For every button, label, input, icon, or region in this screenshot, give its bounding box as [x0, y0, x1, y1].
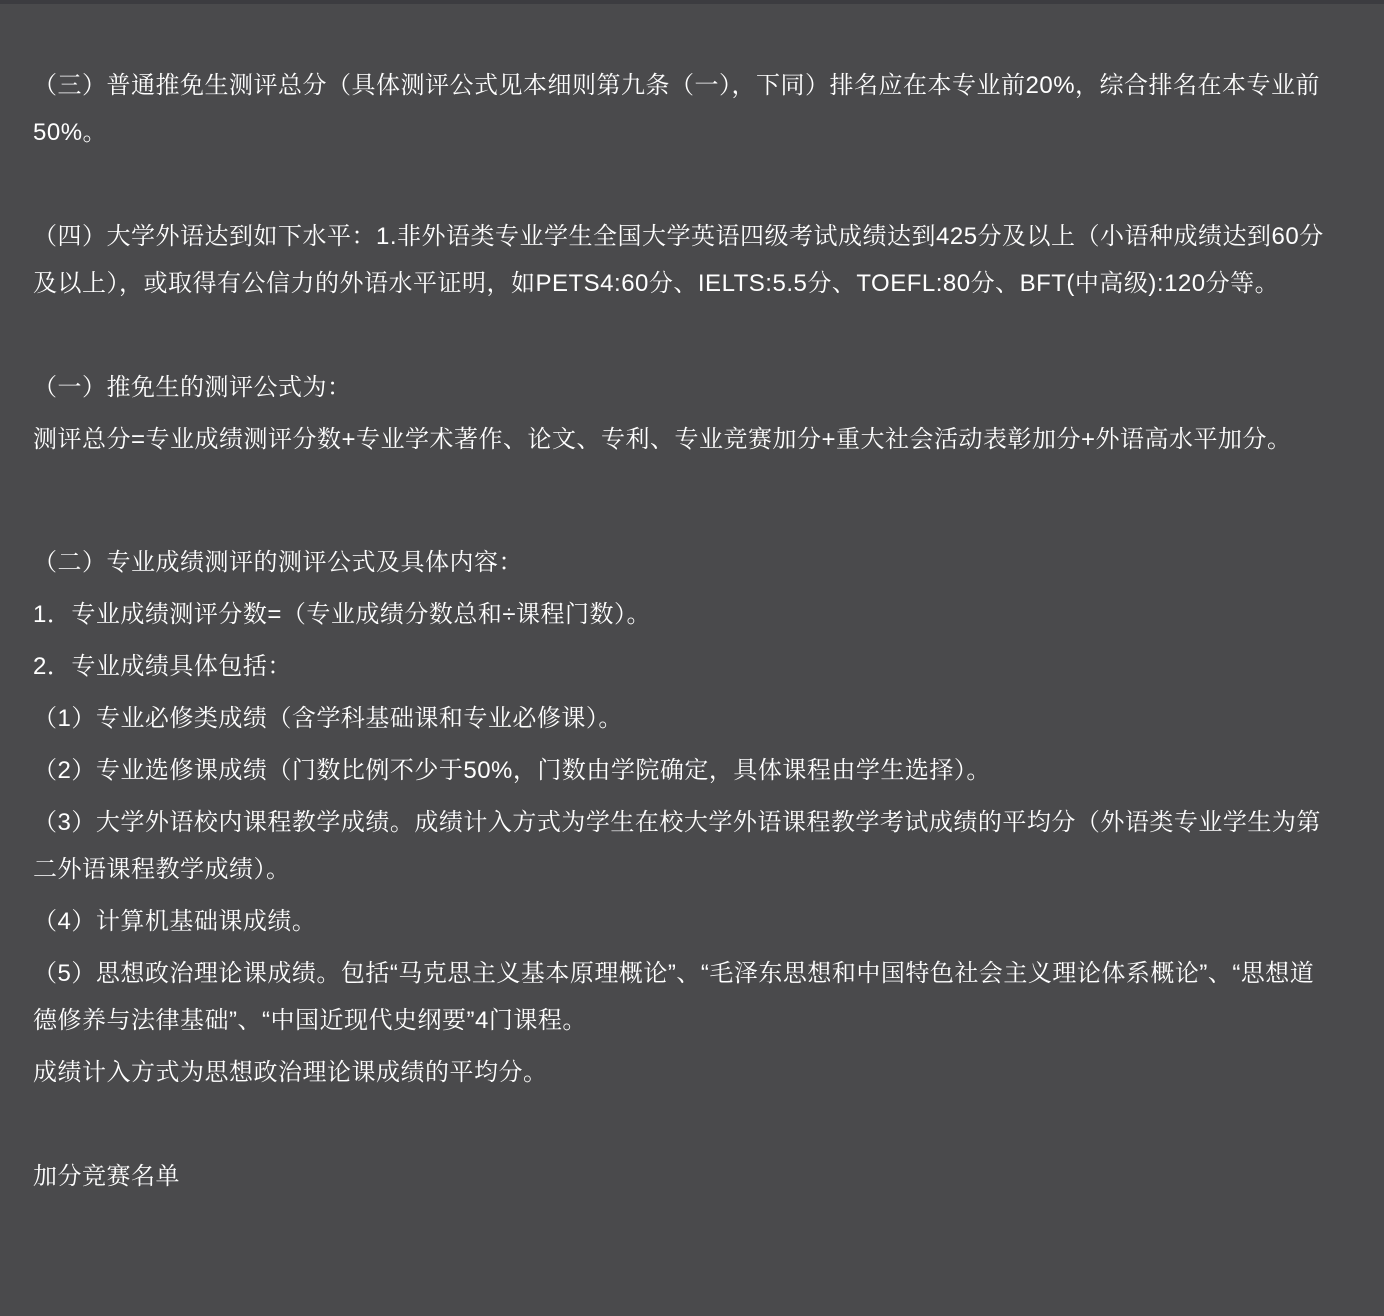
- paragraph-rule-4-language-level: （四）大学外语达到如下水平：1.非外语类专业学生全国大学英语四级考试成绩达到42…: [33, 213, 1330, 307]
- paragraph-average-note: 成绩计入方式为思想政治理论课成绩的平均分。: [33, 1049, 1330, 1096]
- blank-line: [33, 1101, 1330, 1148]
- blank-line: [33, 468, 1330, 534]
- paragraph-subitem-1: （1）专业必修类成绩（含学科基础课和专业必修课）。: [33, 695, 1330, 742]
- paragraph-item-1: 1．专业成绩测评分数=（专业成绩分数总和÷课程门数）。: [33, 591, 1330, 638]
- paragraph-subitem-4: （4）计算机基础课成绩。: [33, 898, 1330, 945]
- document-body: （三）普通推免生测评总分（具体测评公式见本细则第九条（一），下同）排名应在本专业…: [0, 4, 1384, 1223]
- paragraph-formula-body: 测评总分=专业成绩测评分数+专业学术著作、论文、专利、专业竞赛加分+重大社会活动…: [33, 416, 1330, 463]
- paragraph-subitem-5: （5）思想政治理论课成绩。包括“马克思主义基本原理概论”、“毛泽东思想和中国特色…: [33, 950, 1330, 1044]
- paragraph-item-2: 2．专业成绩具体包括：: [33, 643, 1330, 690]
- blank-line: [33, 161, 1330, 208]
- paragraph-subitem-2: （2）专业选修课成绩（门数比例不少于50%，门数由学院确定，具体课程由学生选择）…: [33, 747, 1330, 794]
- paragraph-formula-heading: （一）推免生的测评公式为：: [33, 364, 1330, 411]
- paragraph-section-2-heading: （二）专业成绩测评的测评公式及具体内容：: [33, 539, 1330, 586]
- paragraph-rule-3: （三）普通推免生测评总分（具体测评公式见本细则第九条（一），下同）排名应在本专业…: [33, 62, 1330, 156]
- blank-line: [33, 312, 1330, 359]
- paragraph-bonus-competition-list-title: 加分竞赛名单: [33, 1153, 1330, 1200]
- paragraph-subitem-3: （3）大学外语校内课程教学成绩。成绩计入方式为学生在校大学外语课程教学考试成绩的…: [33, 799, 1330, 893]
